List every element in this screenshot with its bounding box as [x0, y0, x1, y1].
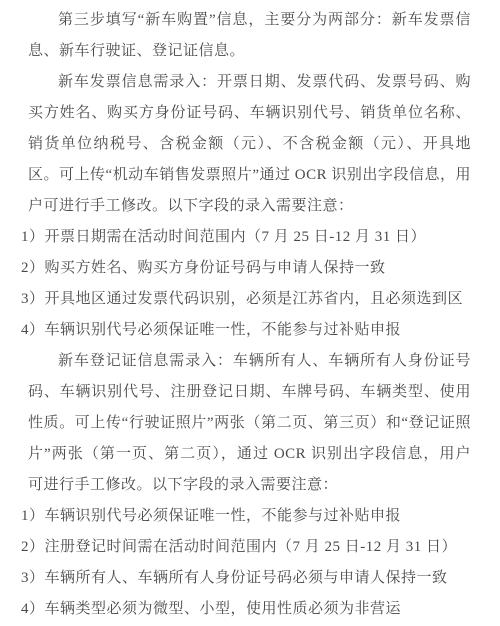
list-item: 4）车辆识别代号必须保证唯一性，不能参与过补贴申报 [21, 315, 471, 346]
list-item: 2）注册登记时间需在活动时间范围内（7 月 25 日-12 月 31 日） [21, 532, 471, 563]
list-item: 3）开具地区通过发票代码识别，必须是江苏省内，且必须选到区 [21, 284, 471, 315]
list-item: 4）车辆类型必须为微型、小型，使用性质必须为非营运 [21, 594, 471, 625]
list-item: 1）开票日期需在活动时间范围内（7 月 25 日-12 月 31 日） [21, 222, 471, 253]
list-item: 2）购买方姓名、购买方身份证号码与申请人保持一致 [21, 253, 471, 284]
paragraph: 新车发票信息需录入：开票日期、发票代码、发票号码、购买方姓名、购买方身份证号码、… [28, 67, 471, 222]
list-item: 3）车辆所有人、车辆所有人身份证号码必须与申请人保持一致 [21, 563, 471, 594]
document-body: 第三步填写“新车购置”信息，主要分为两部分：新车发票信息、新车行驶证、登记证信息… [28, 5, 471, 625]
paragraph: 新车登记证信息需录入：车辆所有人、车辆所有人身份证号码、车辆识别代号、注册登记日… [28, 346, 471, 501]
document-page: 第三步填写“新车购置”信息，主要分为两部分：新车发票信息、新车行驶证、登记证信息… [0, 0, 500, 626]
paragraph: 第三步填写“新车购置”信息，主要分为两部分：新车发票信息、新车行驶证、登记证信息… [28, 5, 471, 67]
list-item: 1）车辆识别代号必须保证唯一性，不能参与过补贴申报 [21, 501, 471, 532]
